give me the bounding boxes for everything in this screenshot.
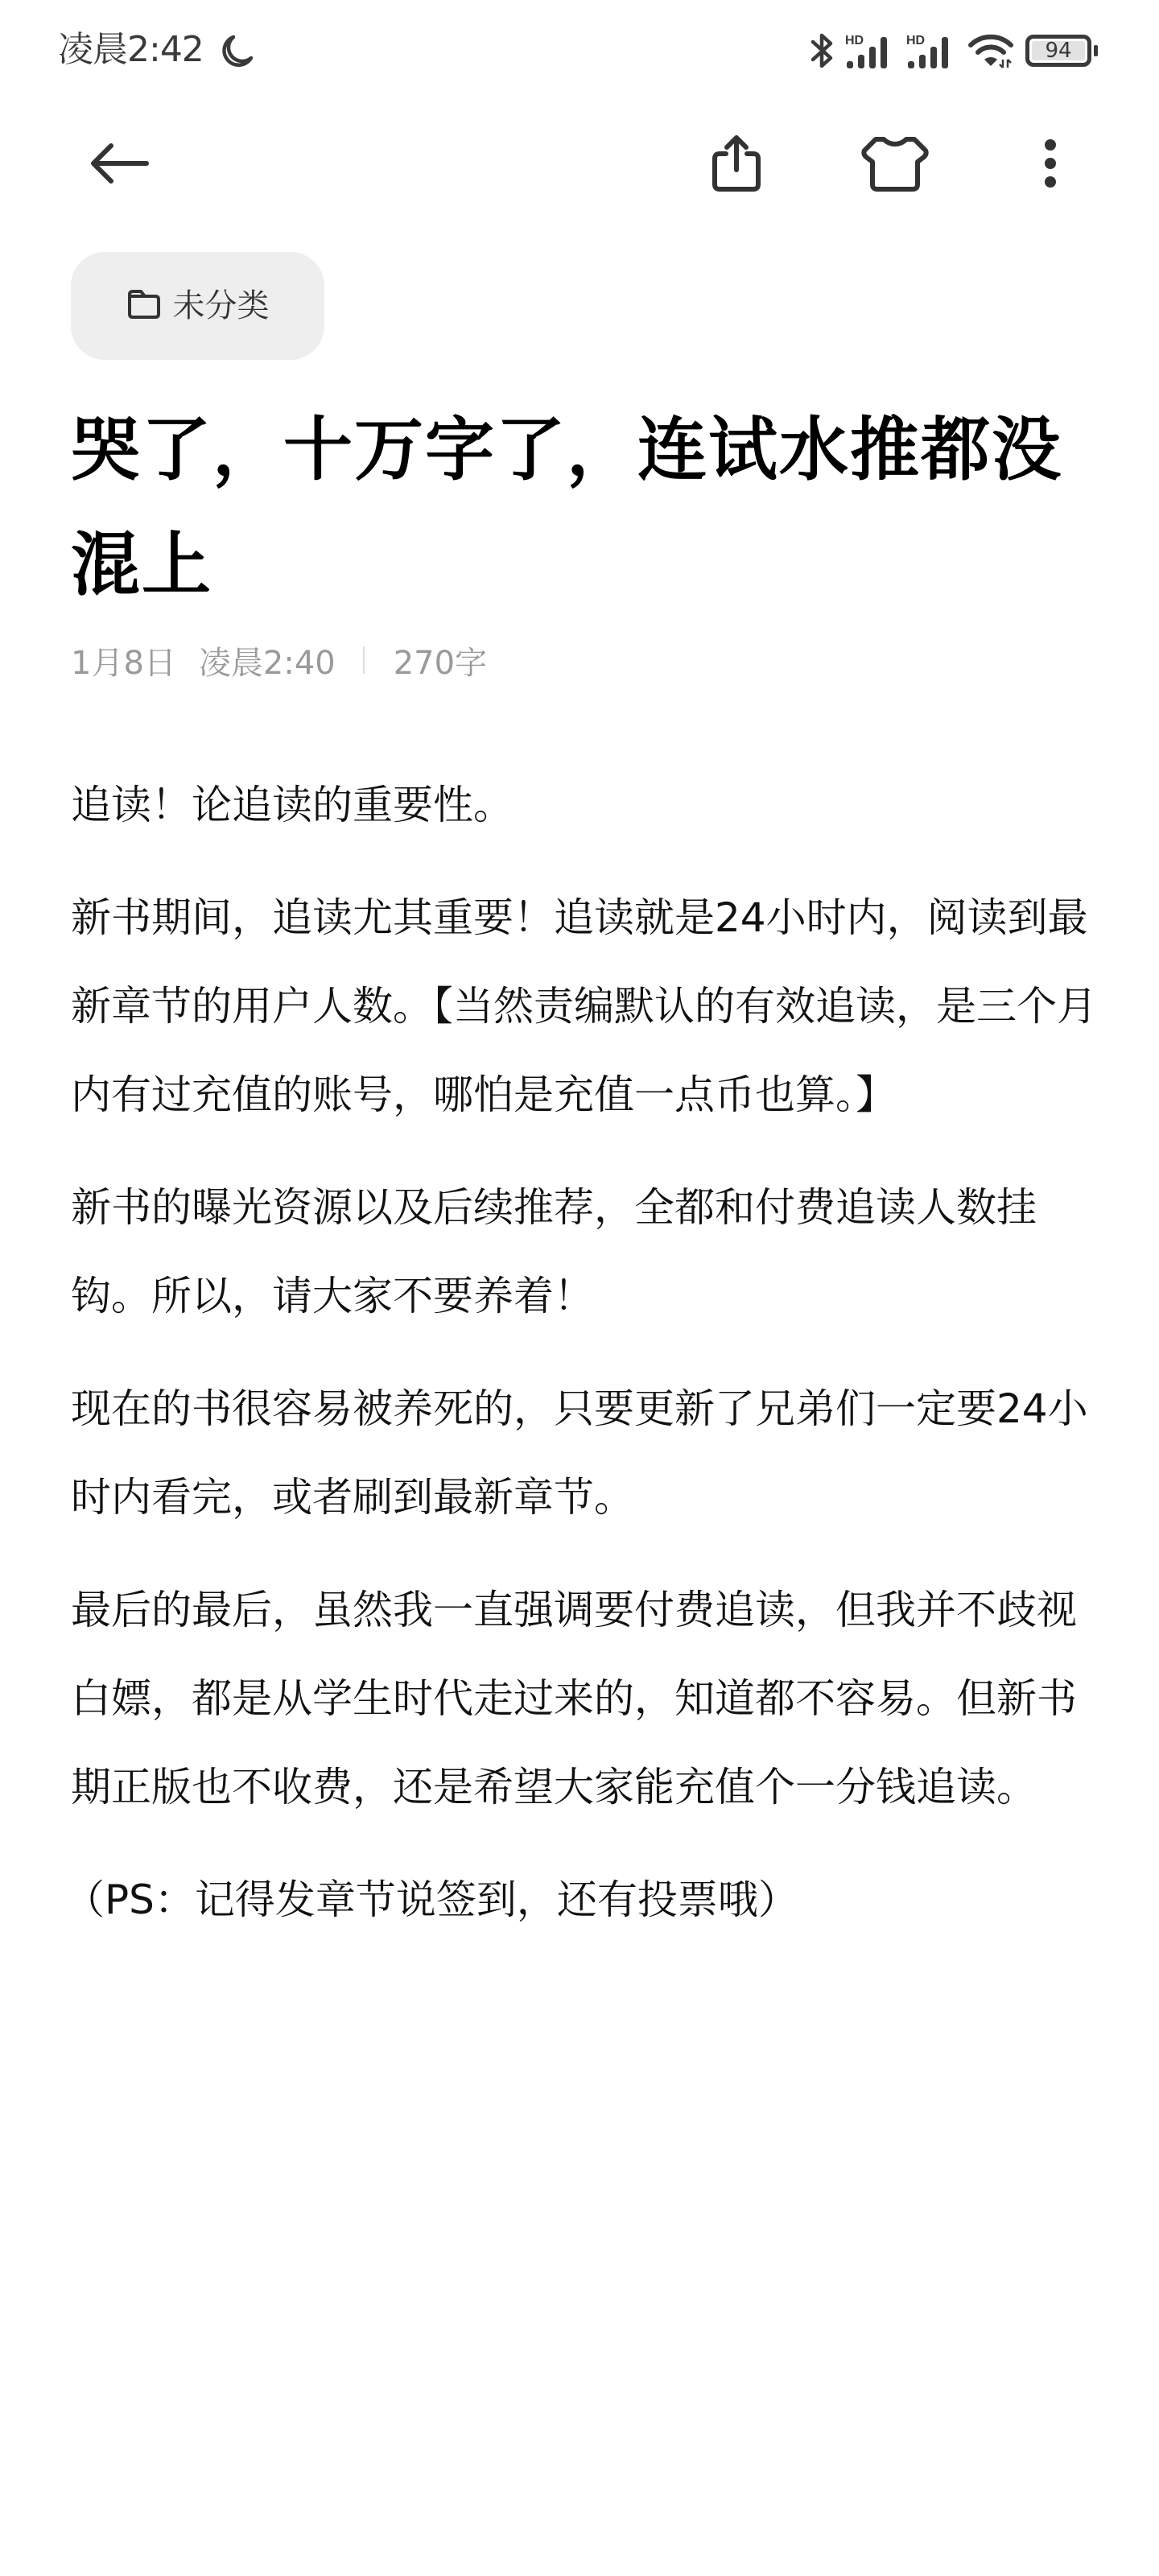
note-meta: 1月8日 凌晨2:40 270字 xyxy=(71,638,487,683)
svg-text:HD: HD xyxy=(906,34,925,47)
paragraph: 新书期间，追读尤其重要！追读就是24小时内，阅读到最新章节的用户人数。【当然责编… xyxy=(71,873,1101,1139)
paragraph: 追读！论追读的重要性。 xyxy=(71,761,1101,849)
paragraph: 现在的书很容易被养死的，只要更新了兄弟们一定要24小时内看完，或者刷到最新章节。 xyxy=(71,1364,1101,1542)
category-label: 未分类 xyxy=(173,290,270,322)
word-count: 270字 xyxy=(394,638,487,683)
tshirt-icon xyxy=(861,134,929,196)
status-bar: 凌晨2:42 HD HD xyxy=(0,0,1159,97)
note-date: 1月8日 xyxy=(71,638,176,683)
status-time: 凌晨2:42 xyxy=(58,29,204,71)
paragraph-ps: （PS：记得发章节说签到，还有投票哦） xyxy=(64,1856,1101,1944)
more-vertical-icon xyxy=(1042,137,1058,193)
note-time: 凌晨2:40 xyxy=(199,638,336,683)
wifi-icon xyxy=(967,32,1014,69)
folder-icon xyxy=(126,288,162,324)
battery-indicator: 94 xyxy=(1025,35,1098,67)
moon-icon xyxy=(219,34,254,69)
paragraph: 新书的曝光资源以及后续推荐，全都和付费追读人数挂钩。所以，请大家不要养着！ xyxy=(71,1163,1101,1340)
signal-hd-icon: HD xyxy=(845,32,895,69)
share-button[interactable] xyxy=(696,121,777,209)
arrow-left-icon xyxy=(87,141,151,189)
back-button[interactable] xyxy=(79,121,159,209)
bluetooth-icon xyxy=(810,32,834,69)
theme-button[interactable] xyxy=(855,121,935,209)
more-button[interactable] xyxy=(1010,121,1091,209)
toolbar xyxy=(0,121,1159,209)
note-title[interactable]: 哭了，十万字了，连试水推都没混上 xyxy=(71,393,1101,623)
note-body[interactable]: 追读！论追读的重要性。 新书期间，追读尤其重要！追读就是24小时内，阅读到最新章… xyxy=(71,761,1101,1968)
signal-hd-icon-2: HD xyxy=(906,32,956,69)
meta-divider xyxy=(363,646,365,674)
share-icon xyxy=(710,133,763,197)
svg-text:HD: HD xyxy=(845,34,864,47)
paragraph: 最后的最后，虽然我一直强调要付费追读，但我并不歧视白嫖，都是从学生时代走过来的，… xyxy=(71,1566,1101,1831)
status-icons: HD HD xyxy=(810,31,1098,71)
category-chip[interactable]: 未分类 xyxy=(71,252,324,360)
battery-level: 94 xyxy=(1032,41,1085,60)
